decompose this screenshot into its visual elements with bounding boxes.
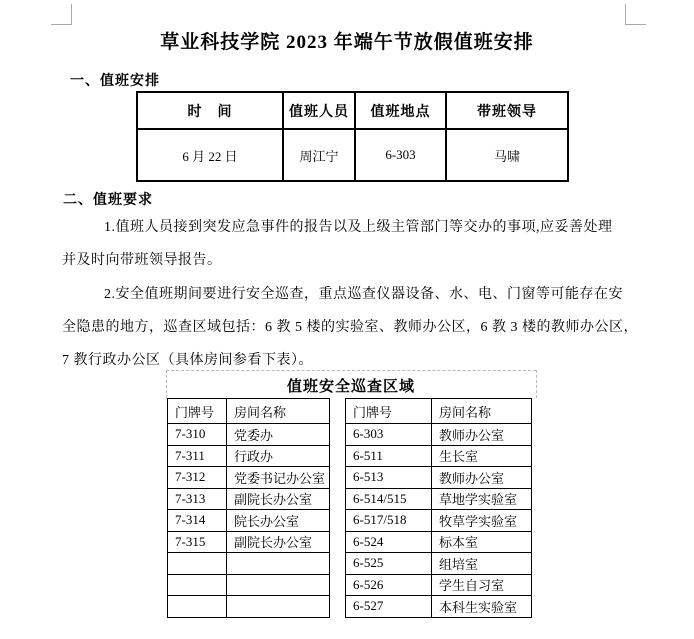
requirement-2-line-3: 7 教行政办公区（具体房间参看下表）。: [62, 349, 313, 369]
header-door-number: 门牌号: [168, 399, 227, 424]
duty-cell-location: 6-303: [355, 129, 446, 181]
table-row-empty: [168, 596, 330, 618]
requirement-1-line-2: 并及时向带班领导报告。: [62, 249, 222, 269]
inspection-box-border-top: [166, 370, 536, 371]
table-row: 6-303教师办公室: [346, 424, 532, 446]
duty-table-data-row: 6 月 22 日 周江宁 6-303 马啸: [137, 129, 568, 181]
document-page: 草业科技学院 2023 年端午节放假值班安排 一、值班安排 时 间 值班人员 值…: [0, 0, 694, 639]
duty-schedule-table: 时 间 值班人员 值班地点 带班领导 6 月 22 日 周江宁 6-303 马啸: [136, 91, 569, 182]
duty-header-person: 值班人员: [283, 92, 355, 129]
cell-room-name: 本科生实验室: [432, 596, 532, 618]
cell-room-name: 教师办公室: [432, 467, 532, 489]
cell-door-number: 6-527: [346, 596, 432, 618]
cell-room-name: 党委办: [227, 424, 330, 446]
duty-cell-time: 6 月 22 日: [137, 129, 283, 181]
cell-room-name: [227, 553, 330, 575]
requirement-2-line-2: 全隐患的地方，巡查区域包括：6 教 5 楼的实验室、教师办公区，6 教 3 楼的…: [62, 316, 638, 336]
table-header-row: 门牌号 房间名称: [346, 399, 532, 424]
duty-header-leader: 带班领导: [446, 92, 568, 129]
duty-table-header-row: 时 间 值班人员 值班地点 带班领导: [137, 92, 568, 129]
cell-door-number: 6-513: [346, 467, 432, 489]
cell-room-name: 党委书记办公室: [227, 467, 330, 489]
cell-room-name: 草地学实验室: [432, 488, 532, 510]
page-margin-mark-top-left: [51, 4, 72, 25]
cell-door-number: 7-315: [168, 531, 227, 553]
inspection-area-title: 值班安全巡查区域: [166, 375, 536, 396]
table-row: 6-527本科生实验室: [346, 596, 532, 618]
table-row: 6-525组培室: [346, 553, 532, 575]
duty-cell-person: 周江宁: [283, 129, 355, 181]
cell-door-number: 6-525: [346, 553, 432, 575]
duty-header-time: 时 间: [137, 92, 283, 129]
cell-door-number: 6-514/515: [346, 488, 432, 510]
cell-door-number: 7-314: [168, 510, 227, 532]
requirement-2-line-1: 2.安全值班期间要进行安全巡查，重点巡查仪器设备、水、电、门窗等可能存在安: [104, 283, 623, 303]
table-row-empty: [168, 574, 330, 596]
table-header-row: 门牌号 房间名称: [168, 399, 330, 424]
cell-door-number: [168, 574, 227, 596]
duty-header-location: 值班地点: [355, 92, 446, 129]
requirement-1-line-1: 1.值班人员接到突发应急事件的报告以及上级主管部门等交办的事项,应妥善处理: [104, 216, 613, 236]
cell-room-name: 学生自习室: [432, 574, 532, 596]
document-title: 草业科技学院 2023 年端午节放假值班安排: [0, 27, 694, 54]
cell-door-number: 7-311: [168, 445, 227, 467]
table-row: 7-313副院长办公室: [168, 488, 330, 510]
inspection-box-border-right: [536, 370, 537, 398]
table-row: 6-517/518牧草学实验室: [346, 510, 532, 532]
table-row: 6-524标本室: [346, 531, 532, 553]
cell-door-number: 6-303: [346, 424, 432, 446]
inspection-table-left: 门牌号 房间名称 7-310党委办 7-311行政办 7-312党委书记办公室 …: [167, 398, 330, 618]
table-row: 7-312党委书记办公室: [168, 467, 330, 489]
cell-room-name: 生长室: [432, 445, 532, 467]
cell-room-name: [227, 596, 330, 618]
duty-cell-leader: 马啸: [446, 129, 568, 181]
cell-door-number: 7-312: [168, 467, 227, 489]
cell-door-number: 6-517/518: [346, 510, 432, 532]
cell-room-name: 教师办公室: [432, 424, 532, 446]
cell-room-name: 副院长办公室: [227, 531, 330, 553]
cell-room-name: 院长办公室: [227, 510, 330, 532]
table-row: 6-514/515草地学实验室: [346, 488, 532, 510]
table-row: 7-310党委办: [168, 424, 330, 446]
section-heading-duty-arrangement: 一、值班安排: [70, 70, 160, 90]
table-row: 6-511生长室: [346, 445, 532, 467]
page-margin-mark-top-right: [625, 4, 646, 25]
cell-room-name: 牧草学实验室: [432, 510, 532, 532]
table-row: 7-314院长办公室: [168, 510, 330, 532]
header-room-name: 房间名称: [227, 399, 330, 424]
cell-door-number: 6-524: [346, 531, 432, 553]
inspection-table-right: 门牌号 房间名称 6-303教师办公室 6-511生长室 6-513教师办公室 …: [345, 398, 532, 618]
table-row: 7-315副院长办公室: [168, 531, 330, 553]
cell-room-name: 标本室: [432, 531, 532, 553]
cell-door-number: 7-310: [168, 424, 227, 446]
cell-room-name: 行政办: [227, 445, 330, 467]
cell-door-number: [168, 553, 227, 575]
cell-door-number: 6-526: [346, 574, 432, 596]
table-row: 6-526学生自习室: [346, 574, 532, 596]
table-row-empty: [168, 553, 330, 575]
header-door-number: 门牌号: [346, 399, 432, 424]
cell-door-number: 7-313: [168, 488, 227, 510]
cell-room-name: 组培室: [432, 553, 532, 575]
header-room-name: 房间名称: [432, 399, 532, 424]
cell-door-number: 6-511: [346, 445, 432, 467]
table-row: 7-311行政办: [168, 445, 330, 467]
cell-door-number: [168, 596, 227, 618]
section-heading-duty-requirements: 二、值班要求: [63, 189, 153, 209]
cell-room-name: [227, 574, 330, 596]
table-row: 6-513教师办公室: [346, 467, 532, 489]
cell-room-name: 副院长办公室: [227, 488, 330, 510]
